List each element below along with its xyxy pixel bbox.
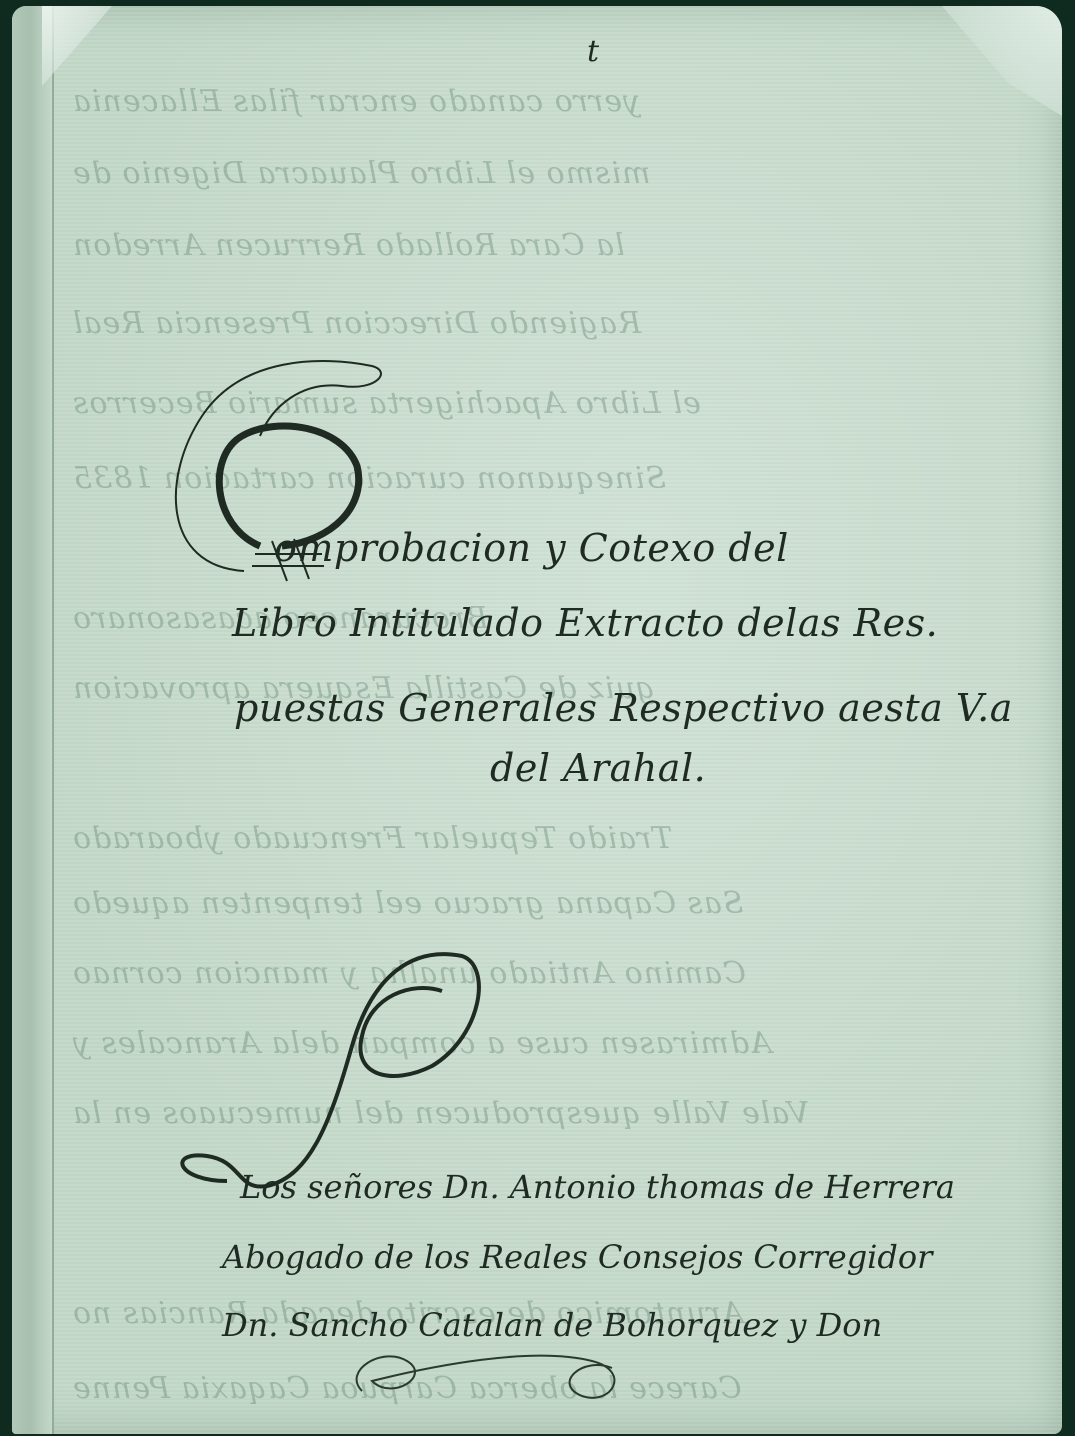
manuscript-page: yerro canado encrar filas Ellacenia mism… (12, 6, 1062, 1434)
closing-flourish-icon (357, 1356, 615, 1398)
title-line-2: Libro Intitulado Extracto delas Res. (232, 601, 938, 645)
title-line-3: puestas Generales Respectivo aesta V.a (234, 686, 1013, 730)
body-line-2: Abogado de los Reales Consejos Corregido… (222, 1238, 932, 1276)
initial-p-flourish-icon (182, 954, 479, 1186)
body-line-1: Los señores Dn. Antonio thomas de Herrer… (240, 1168, 955, 1206)
body-line-3: Dn. Sancho Catalan de Bohorquez y Don (222, 1306, 882, 1344)
title-line-1: omprobacion y Cotexo del (274, 526, 789, 570)
title-line-4: del Arahal. (490, 746, 706, 790)
